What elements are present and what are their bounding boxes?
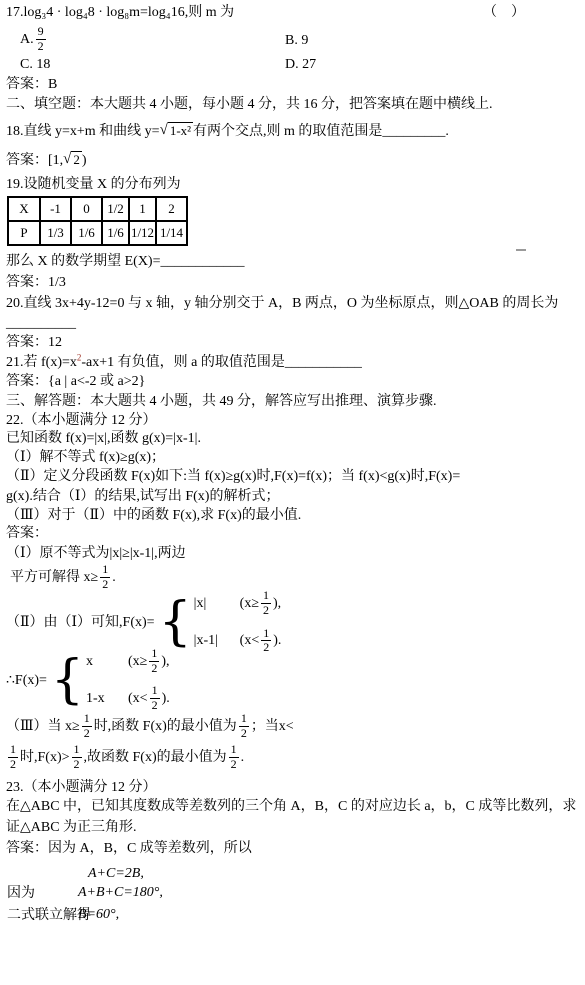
- q22-line4: g(x).结合（Ⅰ）的结果,试写出 F(x)的解析式；: [6, 487, 279, 506]
- table-cell: 1/6: [71, 221, 102, 245]
- table-row-x: X -1 0 1/2 1 2: [8, 197, 187, 221]
- pw1-lead: （Ⅱ）由（Ⅰ）可知,F(x)=: [6, 613, 155, 632]
- q22-piecewise-1: （Ⅱ）由（Ⅰ）可知,F(x)= { |x| (x≥ 12 ), |x-1| (x…: [6, 592, 281, 652]
- table-cell: X: [8, 197, 40, 221]
- q19-intro: 19.设随机变量 X 的分布列为: [6, 175, 181, 194]
- q18-answer-sqrt: √2: [63, 151, 82, 168]
- fraction-half: 12: [261, 589, 271, 618]
- q22-line2: （Ⅰ）解不等式 f(x)≥g(x)；: [6, 448, 165, 467]
- table-row-p: P 1/3 1/6 1/6 1/12 1/14: [8, 221, 187, 245]
- q17-option-a-label: A.: [20, 30, 34, 49]
- q23-line2: 证△ABC 为正三角形.: [6, 818, 137, 837]
- q20-stem: 20.直线 3x+4y-12=0 与 x 轴，y 轴分别交于 A，B 两点，O …: [6, 294, 558, 313]
- q22-piecewise-2: ∴F(x)= { x (x≥ 12 ), 1-x (x< 12 ).: [6, 651, 170, 709]
- fraction-half: 12: [229, 743, 239, 772]
- q17-stem: 17.log₃4 · log₄8 · log₈m=log₄16,则 m 为: [6, 3, 234, 22]
- table-cell: 2: [156, 197, 187, 221]
- q21-answer: 答案：{a | a<-2 或 a>2}: [6, 372, 145, 391]
- q23-equation-1: A+C=2B,: [88, 864, 144, 883]
- q17-answer: 答案：B: [6, 75, 57, 94]
- q23-head: 23.（本小题满分 12 分）: [6, 778, 157, 797]
- pw2-row-1: x (x≥ 12 ),: [86, 647, 170, 676]
- pw2-row-2: 1-x (x< 12 ).: [86, 684, 170, 713]
- pw1-row-1: |x| (x≥ 12 ),: [194, 589, 282, 618]
- table-cell: 1/6: [102, 221, 129, 245]
- q17-answer-brackets: （ ）: [483, 3, 525, 22]
- q18-post: 有两个交点,则 m 的取值范围是_________.: [193, 122, 449, 141]
- q17-option-a: A. 92: [20, 26, 48, 52]
- fraction-half: 12: [149, 647, 159, 676]
- q17-option-a-fraction: 92: [36, 25, 46, 54]
- table-cell: 1/2: [102, 197, 129, 221]
- q22-answer-label: 答案：: [6, 524, 48, 543]
- fraction-half: 12: [100, 563, 110, 592]
- q19-answer: 答案：1/3: [6, 273, 66, 292]
- q17-option-c: C. 18: [20, 55, 50, 74]
- fraction-half: 12: [261, 627, 271, 656]
- q23-equation-2: A+B+C=180°,: [78, 883, 163, 902]
- fraction-half: 12: [8, 743, 18, 772]
- left-brace: {: [51, 657, 84, 704]
- table-cell: 1/14: [156, 221, 187, 245]
- q22-line5: （Ⅲ）对于（Ⅱ）中的函数 F(x),求 F(x)的最小值.: [6, 506, 301, 525]
- q19-expectation: 那么 X 的数学期望 E(X)=____________: [6, 252, 245, 271]
- radical-sign: √: [63, 151, 71, 168]
- q22-sol3-line2: 12 时,F(x)> 12 ,故函数 F(x)的最小值为 12 .: [6, 742, 244, 772]
- q23-answer-line: 答案：因为 A，B，C 成等差数列，所以: [6, 839, 252, 858]
- q20-answer: 答案：12: [6, 333, 62, 352]
- q22-line1: 已知函数 f(x)=|x|,函数 g(x)=|x-1|.: [6, 429, 201, 448]
- q23-because-label: 因为: [7, 884, 35, 903]
- q17-stem-text: 17.log₃4 · log₄8 · log₈m=log₄16,则 m 为: [6, 5, 234, 20]
- q20-blank: __________: [6, 314, 76, 333]
- table-cell: 1/12: [129, 221, 156, 245]
- q18-sqrt: √1-x²: [160, 122, 193, 139]
- exam-document-page: 17.log₃4 · log₄8 · log₈m=log₄16,则 m 为 （ …: [0, 0, 585, 985]
- q22-line3: （Ⅱ）定义分段函数 F(x)如下:当 f(x)≥g(x)时,F(x)=f(x)；…: [6, 467, 460, 486]
- section3-header: 三、解答题：本大题共 4 小题，共 49 分，解答应写出推理、演算步骤.: [6, 392, 437, 411]
- q23-line1: 在△ABC 中，已知其度数成等差数列的三个角 A，B，C 的对应边长 a，b，C…: [6, 797, 576, 816]
- q23-equation-3: B=60°,: [78, 905, 119, 924]
- fraction-half: 12: [239, 712, 249, 741]
- q22-sol1-line2: 平方可解得 x≥ 12 .: [10, 563, 116, 591]
- table-cell: P: [8, 221, 40, 245]
- stray-mark: [516, 249, 526, 251]
- q22-sol3-line1: （Ⅲ）当 x≥ 12 时,函数 F(x)的最小值为 12 ；当x<: [6, 711, 294, 741]
- table-cell: 1: [129, 197, 156, 221]
- q18-answer: 答案：[1, √2 ): [6, 150, 87, 170]
- left-brace: {: [159, 599, 192, 646]
- radical-sign: √: [160, 122, 168, 139]
- table-cell: -1: [40, 197, 71, 221]
- distribution-table: X -1 0 1/2 1 2 P 1/3 1/6 1/6 1/12 1/14: [7, 196, 188, 246]
- fraction-half: 12: [150, 684, 160, 713]
- q18-stem: 18.直线 y=x+m 和曲线 y= √1-x² 有两个交点,则 m 的取值范围…: [6, 120, 449, 142]
- section2-header: 二、填空题：本大题共 4 小题，每小题 4 分，共 16 分，把答案填在题中横线…: [6, 95, 493, 114]
- q22-sol1-line1: （Ⅰ）原不等式为|x|≥|x-1|,两边: [6, 544, 186, 563]
- table-cell: 1/3: [40, 221, 71, 245]
- q21-stem: 21.若 f(x)=x2-ax+1 有负值，则 a 的取值范围是________…: [6, 353, 362, 372]
- q17-option-b: B. 9: [285, 31, 308, 50]
- q17-option-d: D. 27: [285, 55, 316, 74]
- table-cell: 0: [71, 197, 102, 221]
- fraction-half: 12: [72, 743, 82, 772]
- pw2-lead: ∴F(x)=: [6, 671, 47, 690]
- fraction-half: 12: [82, 712, 92, 741]
- pw1-row-2: |x-1| (x< 12 ).: [194, 627, 282, 656]
- q18-pre: 18.直线 y=x+m 和曲线 y=: [6, 122, 160, 141]
- q22-head: 22.（本小题满分 12 分）: [6, 411, 157, 430]
